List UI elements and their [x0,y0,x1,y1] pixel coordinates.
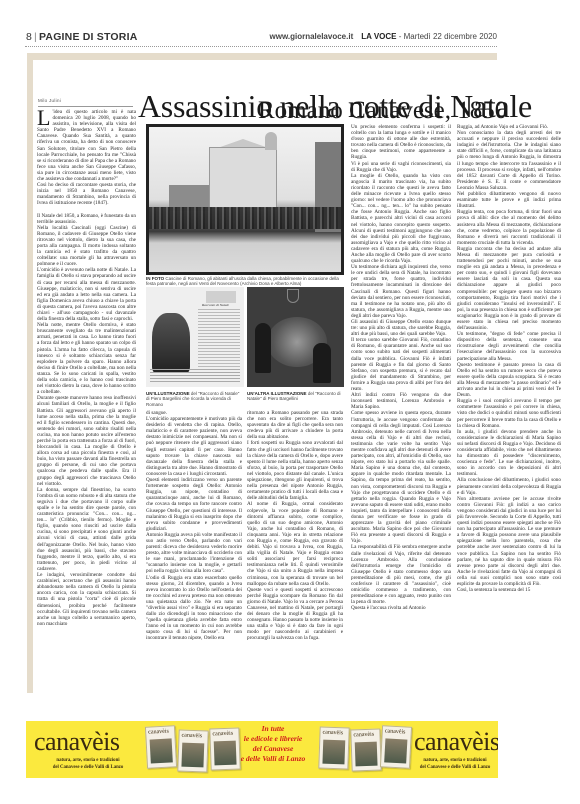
paragraph: Antonio Ruggia aveva più volte manifesta… [146,532,242,575]
paragraph: Vi è poi una serie di vaghi riconoscimen… [351,161,451,173]
paragraph: Così ho deciso di raccontare questa stor… [37,182,136,206]
paragraph: Al nome di Ruggia, ormai considerato col… [247,501,343,586]
illustration-racconto: Racconto di Natale [146,287,244,387]
illustration-footer-text [150,369,240,383]
brand-logo-right: canavèis [414,729,498,755]
article-column-3: ritornato a Romano passando per una stra… [247,410,343,692]
church-photo-image [149,127,341,272]
brand-logo-left: canavèis [34,729,120,755]
paragraph: Il terzo uomo sarebbe Giovanni Fiò, cont… [351,337,451,392]
paragraph: Così, la sentenza la sentenza del 15 [457,587,561,593]
paragraph: Questo testimone è passato presso la cas… [457,362,561,399]
paragraph: Le indagini, verosimilmente condotte dai… [37,572,136,627]
paragraph: Queste voci e questi sospetti si accresc… [247,587,343,642]
paragraph: Ruggia tenta, con poca fortuna, di tirar… [457,209,561,246]
figure-left [255,323,271,373]
paragraph: Ruggia racconta che ha deciso ad andare … [457,246,561,331]
article-column-1: L'idea di questo articolo mi è nata dome… [37,109,136,692]
paragraph: Questi elementi indirizzano verso un par… [146,477,242,532]
paragraph: Alla conclusione del dibattimento, i giu… [457,477,561,495]
caption-label: UN'ILLUSTRAZIONE [146,391,190,396]
paragraph: In aula, i giudici devono prendere anche… [457,429,561,478]
magazine-cover: canavèis [145,725,177,769]
article-subtitle: Romano Canavese, 1850 [258,97,507,125]
paragraph: Come spesso avviene in questa epoca, dur… [351,410,451,544]
paragraph: Il Natale del 1850, a Romano, è funestat… [37,213,136,225]
crowd [149,207,341,229]
hanging-lamp [287,289,299,303]
newspaper-name: LA VOCE [361,32,396,41]
magazine-cover: canavèis [177,729,208,772]
paragraph: Ruggia e i suoi complici avevano il temp… [457,398,561,428]
magazine-cover: canavèis [350,728,381,771]
promo-text: In tutte le edicole e librerie del Canav… [228,724,318,764]
page-header: 8|PAGINE DI STORIA www.giornalelavoce.it… [25,31,497,47]
issue-date: - Martedì 22 dicembre 2020 [397,32,498,41]
illustration-text [198,309,240,367]
paragraph: Nella località Cascinali (oggi Cascine) … [37,225,136,268]
header-separator: | [34,31,37,43]
bell-tower [265,132,277,150]
paragraph: L'odio di Ruggia era stato esacerbato qu… [146,575,242,642]
paragraph: L'omicidio apparentemente è motivato più… [146,416,242,477]
canaveis-advertisement[interactable]: canavèis natura, arte, storia e tradizio… [26,721,498,778]
paragraph: Nella notte, mentre Otello dormiva, è st… [37,322,136,395]
page-number: 8 [26,31,32,43]
article-column-4: Un preciso elemento conferma i sospetti:… [351,124,451,692]
paragraph: Questa è l'accusa rivolta ad Antonio [351,605,451,611]
paragraph: Nel pubblico dibattimento vengono di nuo… [457,191,561,209]
illustration-title: Racconto di Natale [202,303,229,307]
church-photo [146,124,344,275]
article-column-5: Ruggia, ad Antonio Vajo ed a Giovanni Fi… [457,124,561,692]
paragraph: Altri indizi contro Fiò vengono da due i… [351,392,451,410]
paragraph: L'idea di questo articolo mi è nata dome… [37,109,136,182]
paragraph: I forti sospetti su Ruggia sono avvalora… [247,440,343,501]
church-facade [209,147,277,209]
illustration-interior [247,287,344,387]
paragraph: Non conosciamo la data degli arresti dei… [457,130,561,191]
snowy-house [206,291,236,303]
brand-tagline-left: natura, arte, storia e tradizioni del Ca… [34,758,142,771]
article-column-2: di sangue. L'omicidio apparentemente è m… [146,410,242,692]
drop-cap: L [37,109,50,127]
paragraph: La donna, sempre dal finestrino, ha scor… [37,487,136,572]
caption-label: UN'ALTRA ILLUSTRAZIONE [247,391,307,396]
magazine-cover: canavèis [318,726,349,769]
website-link[interactable]: www.giornalelavoce.it [270,32,354,41]
header-section: 8|PAGINE DI STORIA [26,31,137,43]
paragraph: La moglie di Otello, quando ha visto con… [351,173,451,264]
brand-tagline-right: natura, arte, storia e tradizioni del Ca… [408,758,498,771]
header-meta: www.giornalelavoce.itLA VOCE - Martedì 2… [270,32,498,41]
illustration-1-caption: UN'ILLUSTRAZIONE del "Racconto di Natale… [146,391,244,407]
paragraph: Durante queste manovre hanno reso inoffe… [37,395,136,486]
paragraph: L'omicidio è avvenuto nella notte di Nat… [37,267,136,322]
paragraph: Gli assassini di Giuseppe Otello erano d… [351,319,451,337]
paragraph: Non altrettanto avviene per le accuse ri… [457,496,561,587]
figure-right [313,343,331,383]
paragraph: Un testimone, "degno di fede" come preci… [457,331,561,361]
paragraph: Un preciso elemento conferma i sospetti:… [351,124,451,161]
caption-label: IN FOTO [146,276,164,281]
section-title: PAGINE DI STORIA [39,31,138,43]
illustration-2-caption: UN'ALTRA ILLUSTRAZIONE del "Racconto di … [247,391,344,402]
paragraph: La responsabilità di Fiò sembra emergere… [351,544,451,605]
paragraph: ritornato a Romano passando per una stra… [247,410,343,440]
byline: Milo Julini [38,98,133,107]
photo-caption: IN FOTO Cascine di Romano, gli abitanti … [146,276,346,287]
paragraph: Un testimone dichiara agli inquirenti ch… [351,264,451,319]
seated-figure [152,313,190,373]
